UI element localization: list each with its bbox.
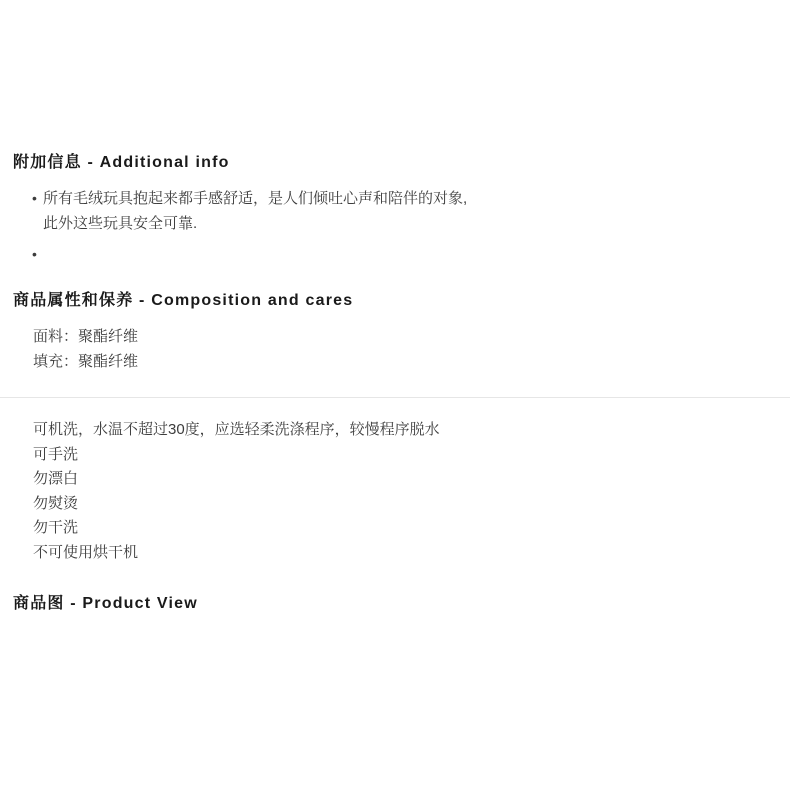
- section-additional-info: 附加信息 - Additional info • 所有毛绒玩具抱起来都手感舒适，…: [13, 152, 770, 267]
- filling-row: 填充：聚酯纤维: [33, 350, 770, 375]
- product-description-page: 附加信息 - Additional info • 所有毛绒玩具抱起来都手感舒适，…: [0, 0, 790, 790]
- additional-info-bullet-list: • 所有毛绒玩具抱起来都手感舒适，是人们倾吐心声和陪伴的对象, 此外这些玩具安全…: [32, 186, 770, 267]
- care-row-machine-wash: 可机洗，水温不超过30度，应选轻柔洗涤程序，较慢程序脱水: [33, 418, 770, 443]
- bullet-dot-icon: •: [32, 242, 43, 267]
- list-item: • 所有毛绒玩具抱起来都手感舒适，是人们倾吐心声和陪伴的对象, 此外这些玩具安全…: [32, 186, 770, 236]
- section-composition: 商品属性和保养 - Composition and cares 面料：聚酯纤维 …: [13, 290, 770, 565]
- care-row-no-iron: 勿熨烫: [33, 492, 770, 517]
- care-row-no-dry-clean: 勿干洗: [33, 516, 770, 541]
- section-divider: [0, 397, 790, 398]
- composition-rows: 面料：聚酯纤维 填充：聚酯纤维: [33, 325, 770, 374]
- care-row-no-tumble-dry: 不可使用烘干机: [33, 541, 770, 566]
- section-product-view: 商品图 - Product View: [13, 593, 770, 614]
- additional-info-heading: 附加信息 - Additional info: [13, 152, 770, 173]
- bullet-text: 所有毛绒玩具抱起来都手感舒适，是人们倾吐心声和陪伴的对象, 此外这些玩具安全可靠…: [43, 186, 467, 236]
- care-row-hand-wash: 可手洗: [33, 443, 770, 468]
- composition-heading: 商品属性和保养 - Composition and cares: [13, 290, 770, 311]
- fabric-row: 面料：聚酯纤维: [33, 325, 770, 350]
- list-item: •: [32, 242, 770, 267]
- product-view-heading: 商品图 - Product View: [13, 593, 770, 614]
- care-instruction-list: 可机洗，水温不超过30度，应选轻柔洗涤程序，较慢程序脱水 可手洗 勿漂白 勿熨烫…: [33, 418, 770, 565]
- bullet-dot-icon: •: [32, 186, 43, 236]
- care-row-no-bleach: 勿漂白: [33, 467, 770, 492]
